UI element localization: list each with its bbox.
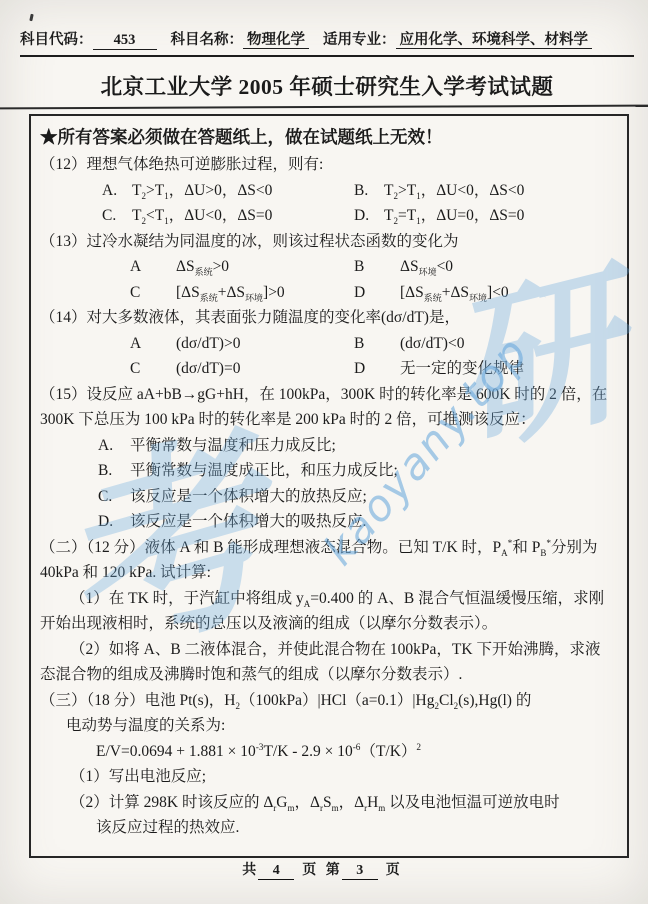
option-text: 无一定的变化规律 bbox=[400, 360, 524, 377]
option-text: (dσ/dT)<0 bbox=[400, 335, 464, 352]
question-2-line2: 40kPa 和 120 kPa. 试计算: bbox=[40, 560, 615, 586]
option-15-c: C.该反应是一个体积增大的放热反应; bbox=[98, 484, 615, 510]
option-text: (dσ/dT)>0 bbox=[176, 335, 240, 352]
page-footer: 共4页 第3页 bbox=[0, 859, 648, 880]
question-13-options: AΔS系统>0 BΔS环境<0 C[ΔS系统+ΔS环境]>0 D[ΔS系统+ΔS… bbox=[130, 254, 615, 305]
question-2-sub1-line1: （1）在 TK 时，于汽缸中将组成 yA=0.400 的 A、B 混合气恒温缓慢… bbox=[70, 586, 615, 612]
option-key: A. bbox=[102, 178, 132, 204]
total-pages-label: 共 bbox=[242, 863, 256, 878]
question-14: （14）对大多数液体，其表面张力随温度的变化率(dσ/dT)是， A(dσ/dT… bbox=[40, 305, 615, 382]
option-key: B bbox=[354, 331, 400, 357]
option-15-b: B.平衡常数与温度成正比，和压力成反比; bbox=[98, 458, 615, 484]
question-3-sub1: （1）写出电池反应; bbox=[70, 764, 615, 790]
option-text: [ΔS系统+ΔS环境]<0 bbox=[400, 284, 509, 301]
answer-sheet-notice: ★所有答案必须做在答题纸上，做在试题纸上无效！ bbox=[40, 122, 615, 152]
option-key: B bbox=[354, 254, 400, 280]
question-13-stem: （13）过冷水凝结为同温度的冰，则该过程状态函数的变化为 bbox=[40, 229, 615, 255]
option-key: B. bbox=[354, 178, 384, 204]
field-subject-code: 科目代码：453 bbox=[20, 28, 157, 50]
option-key: D. bbox=[98, 509, 130, 535]
question-3-battery: （三）（18 分）电池 Pt(s)，H2（100kPa）|HCl（a=0.1）|… bbox=[40, 688, 615, 841]
option-12-a: A.T2>T1，ΔU>0，ΔS<0 bbox=[102, 178, 354, 204]
question-2-line1: （二）（12 分）液体 A 和 B 能形成理想液态混合物。已知 T/K 时，PA… bbox=[40, 535, 615, 561]
total-pages-number: 4 bbox=[258, 863, 294, 880]
page-title: 北京工业大学 2005 年硕士研究生入学考试试题 bbox=[20, 70, 634, 101]
option-12-c: C.T2<T1，ΔU<0，ΔS=0 bbox=[102, 203, 354, 229]
option-13-b: BΔS环境<0 bbox=[354, 254, 615, 280]
option-key: A bbox=[130, 331, 176, 357]
option-15-a: A.平衡常数与温度和压力成反比; bbox=[98, 433, 615, 459]
exam-paper-page: 考 研 kaoyany.top 科目代码：453 科目名称：物理化学 适用专业：… bbox=[0, 0, 648, 904]
option-text: 该反应是一个体积增大的放热反应; bbox=[130, 488, 367, 505]
question-15-stem-line1: （15）设反应 aA+bB→gG+hH，在 100kPa，300K 时的转化率是… bbox=[40, 382, 615, 408]
title-divider-rule bbox=[0, 105, 648, 110]
option-12-b: B.T2>T1，ΔU<0，ΔS<0 bbox=[354, 178, 615, 204]
option-13-c: C[ΔS系统+ΔS环境]>0 bbox=[130, 280, 354, 306]
pages-unit: 页 bbox=[302, 863, 316, 878]
emf-equation: E/V=0.0694 + 1.881 × 10-3T/K - 2.9 × 10-… bbox=[96, 739, 615, 765]
option-13-d: D[ΔS系统+ΔS环境]<0 bbox=[354, 280, 615, 306]
option-text: T2>T1，ΔU<0，ΔS<0 bbox=[384, 182, 524, 199]
option-text: ΔS环境<0 bbox=[400, 258, 453, 275]
question-15-stem-line2: 300K 下总压为 100 kPa 时的转化率是 200 kPa 时的 2 倍，… bbox=[40, 407, 615, 433]
question-2-sub1-line2: 开始出现液相时，系统的总压以及液滴的组成（以摩尔分数表示）。 bbox=[40, 611, 615, 637]
question-12-stem: （12）理想气体绝热可逆膨胀过程，则有: bbox=[40, 152, 615, 178]
current-page-number: 3 bbox=[342, 863, 378, 880]
option-text: [ΔS系统+ΔS环境]>0 bbox=[176, 284, 285, 301]
option-key: D bbox=[354, 356, 400, 382]
option-key: C bbox=[130, 280, 176, 306]
question-12: （12）理想气体绝热可逆膨胀过程，则有: A.T2>T1，ΔU>0，ΔS<0 B… bbox=[40, 152, 615, 229]
question-3-line1: （三）（18 分）电池 Pt(s)，H2（100kPa）|HCl（a=0.1）|… bbox=[40, 688, 615, 714]
field-applicable-majors: 适用专业：应用化学、环境科学、材料学 bbox=[323, 28, 592, 49]
exam-content-box: ★所有答案必须做在答题纸上，做在试题纸上无效！ （12）理想气体绝热可逆膨胀过程… bbox=[29, 114, 629, 858]
exam-header: 科目代码：453 科目名称：物理化学 适用专业：应用化学、环境科学、材料学 北京… bbox=[20, 28, 634, 101]
option-text: T2=T1，ΔU=0，ΔS=0 bbox=[384, 207, 524, 224]
question-15: （15）设反应 aA+bB→gG+hH，在 100kPa，300K 时的转化率是… bbox=[40, 382, 615, 535]
option-text: T2>T1，ΔU>0，ΔS<0 bbox=[132, 182, 272, 199]
option-key: C. bbox=[102, 203, 132, 229]
question-2-sub2-line1: （2）如将 A、B 二液体混合，并使此混合物在 100kPa，TK 下开始沸腾，… bbox=[70, 637, 615, 663]
header-fields-row: 科目代码：453 科目名称：物理化学 适用专业：应用化学、环境科学、材料学 bbox=[20, 28, 634, 57]
option-15-d: D.该反应是一个体积增大的吸热反应. bbox=[98, 509, 615, 535]
majors-value: 应用化学、环境科学、材料学 bbox=[396, 32, 593, 49]
option-12-d: D.T2=T1，ΔU=0，ΔS=0 bbox=[354, 203, 615, 229]
subject-code-label: 科目代码： bbox=[20, 32, 93, 48]
option-key: B. bbox=[98, 458, 130, 484]
question-2-sub2-line2: 态混合物的组成及沸腾时饱和蒸气的组成（以摩尔分数表示）. bbox=[40, 662, 615, 688]
option-14-c: C(dσ/dT)=0 bbox=[130, 356, 354, 382]
subject-name-value: 物理化学 bbox=[243, 32, 309, 49]
option-key: C bbox=[130, 356, 176, 382]
option-13-a: AΔS系统>0 bbox=[130, 254, 354, 280]
option-key: C. bbox=[98, 484, 130, 510]
option-14-a: A(dσ/dT)>0 bbox=[130, 331, 354, 357]
option-14-d: D无一定的变化规律 bbox=[354, 356, 615, 382]
option-key: A. bbox=[98, 433, 130, 459]
option-text: ΔS系统>0 bbox=[176, 258, 229, 275]
question-2-liquid-mixture: （二）（12 分）液体 A 和 B 能形成理想液态混合物。已知 T/K 时，PA… bbox=[40, 535, 615, 688]
question-3-line2: 电动势与温度的关系为: bbox=[66, 713, 615, 739]
option-key: D. bbox=[354, 203, 384, 229]
field-subject-name: 科目名称：物理化学 bbox=[171, 28, 310, 49]
option-text: 平衡常数与温度和压力成反比; bbox=[130, 437, 336, 454]
option-text: T2<T1，ΔU<0，ΔS=0 bbox=[132, 207, 272, 224]
scan-speck bbox=[29, 14, 33, 21]
option-14-b: B(dσ/dT)<0 bbox=[354, 331, 615, 357]
option-text: 平衡常数与温度成正比，和压力成反比; bbox=[130, 462, 398, 479]
question-14-stem: （14）对大多数液体，其表面张力随温度的变化率(dσ/dT)是， bbox=[40, 305, 615, 331]
question-14-options: A(dσ/dT)>0 B(dσ/dT)<0 C(dσ/dT)=0 D无一定的变化… bbox=[130, 331, 615, 382]
option-key: D bbox=[354, 280, 400, 306]
question-3-sub2-line1: （2）计算 298K 时该反应的 ΔrGm，ΔrSm，ΔrHm 以及电池恒温可逆… bbox=[70, 790, 615, 816]
current-page-label: 第 bbox=[326, 863, 340, 878]
question-12-options: A.T2>T1，ΔU>0，ΔS<0 B.T2>T1，ΔU<0，ΔS<0 C.T2… bbox=[102, 178, 615, 229]
majors-label: 适用专业： bbox=[323, 32, 396, 48]
option-text: (dσ/dT)=0 bbox=[176, 360, 240, 377]
current-page-unit: 页 bbox=[386, 863, 400, 878]
subject-name-label: 科目名称： bbox=[171, 32, 244, 48]
question-13: （13）过冷水凝结为同温度的冰，则该过程状态函数的变化为 AΔS系统>0 BΔS… bbox=[40, 229, 615, 306]
option-text: 该反应是一个体积增大的吸热反应. bbox=[130, 513, 366, 530]
question-15-options: A.平衡常数与温度和压力成反比; B.平衡常数与温度成正比，和压力成反比; C.… bbox=[98, 433, 615, 535]
subject-code-value: 453 bbox=[93, 32, 157, 50]
question-3-sub2-line2: 该反应过程的热效应. bbox=[96, 815, 615, 841]
option-key: A bbox=[130, 254, 176, 280]
